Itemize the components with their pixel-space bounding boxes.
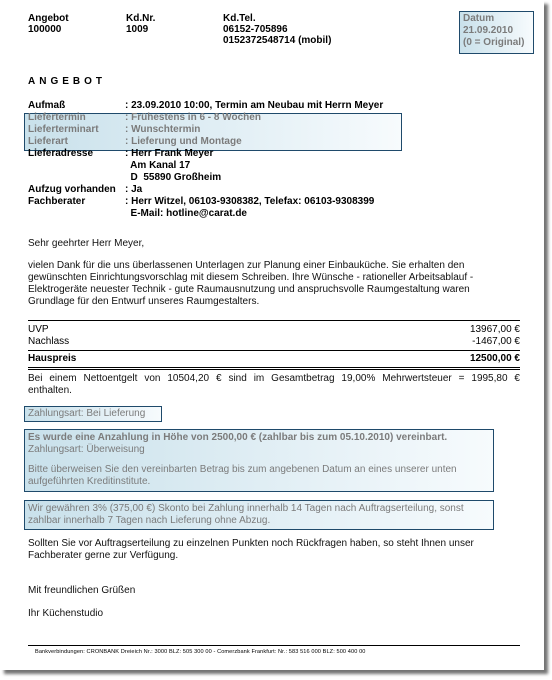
info-row: Lieferart: Lieferung und Montage bbox=[28, 136, 428, 148]
info-value: : Lieferung und Montage bbox=[125, 136, 242, 148]
greeting: Mit freundlichen Grüßen bbox=[28, 585, 135, 597]
closing-line: Sollten Sie vor Auftragserteilung zu ein… bbox=[28, 538, 474, 550]
offer-document-page: Angebot 100000 Kd.Nr. 1009 Kd.Tel. 06152… bbox=[0, 0, 544, 670]
info-row: Aufzug vorhanden: Ja bbox=[28, 184, 428, 196]
intro-paragraph: vielen Dank für die uns überlassenen Unt… bbox=[28, 260, 473, 308]
info-row: Lieferterminart: Wunschtermin bbox=[28, 124, 428, 136]
info-value: E-Mail: hotline@carat.de bbox=[125, 208, 247, 220]
intro-line: Grundlage für den Entwurf unseres Raumge… bbox=[28, 296, 473, 308]
info-value: : Wunschtermin bbox=[125, 124, 200, 136]
hauspreis-value: 12500,00 € bbox=[470, 353, 520, 365]
header-kdtel: Kd.Tel. 06152-705896 0152372548714 (mobi… bbox=[223, 13, 331, 46]
tax-note: Bei einem Nettoentgelt von 10504,20 € si… bbox=[28, 373, 520, 397]
footer-rule bbox=[28, 645, 520, 646]
header-kdnr-value: 1009 bbox=[126, 24, 155, 35]
info-label: Aufzug vorhanden bbox=[28, 184, 116, 196]
header-angebot-label: Angebot bbox=[28, 13, 69, 24]
info-label: Fachberater bbox=[28, 196, 85, 208]
info-value: D 55890 Großheim bbox=[125, 172, 221, 184]
intro-line: Elektrogeräte neuester Technik - gute Ra… bbox=[28, 284, 473, 296]
signature: Ihr Küchenstudio bbox=[28, 608, 103, 620]
salutation: Sehr geehrter Herr Meyer, bbox=[28, 238, 144, 250]
transfer-line: Bitte überweisen Sie den vereinbarten Be… bbox=[28, 464, 490, 476]
info-label: Lieferterminart bbox=[28, 124, 99, 136]
price-double-rule-2 bbox=[28, 369, 520, 370]
info-value: : Herr Frank Meyer bbox=[125, 148, 213, 160]
info-row: E-Mail: hotline@carat.de bbox=[28, 208, 428, 220]
info-value: : Ja bbox=[125, 184, 142, 196]
info-value: : Herr Witzel, 06103-9308382, Telefax: 0… bbox=[125, 196, 374, 208]
datum-label: Datum bbox=[463, 13, 530, 25]
tax-line: enthalten. bbox=[28, 385, 520, 397]
price-mid-rule bbox=[28, 350, 520, 351]
nachlass-label: Nachlass bbox=[28, 336, 69, 347]
price-double-rule-1 bbox=[28, 367, 520, 368]
info-value: : Frühestens in 6 - 8 Wochen bbox=[125, 112, 261, 124]
hauspreis-label: Hauspreis bbox=[28, 353, 76, 364]
price-row-hauspreis: Hauspreis 12500,00 € bbox=[28, 353, 520, 365]
info-label: Aufmaß bbox=[28, 100, 65, 112]
info-row: Lieferadresse: Herr Frank Meyer bbox=[28, 148, 428, 160]
zahlungsart-ueberweisung: Zahlungsart: Überweisung bbox=[28, 444, 490, 456]
anzahlung-text: Es wurde eine Anzahlung in Höhe von 2500… bbox=[28, 432, 490, 444]
zahlungsart-box: Zahlungsart: Bei Lieferung bbox=[24, 406, 162, 422]
info-label: Lieferadresse bbox=[28, 148, 93, 160]
info-label: Liefertermin bbox=[28, 112, 86, 124]
intro-line: vielen Dank für die uns überlassenen Unt… bbox=[28, 260, 473, 272]
header-kdnr-label: Kd.Nr. bbox=[126, 13, 155, 24]
zahlungsart-text: Zahlungsart: Bei Lieferung bbox=[28, 408, 145, 419]
price-row-nachlass: Nachlass -1467,00 € bbox=[28, 336, 520, 348]
header-kdtel-phone: 06152-705896 bbox=[223, 24, 331, 35]
datum-date: 21.09.2010 bbox=[463, 25, 530, 37]
price-top-rule bbox=[28, 320, 520, 321]
transfer-line: aufgeführten Kreditinstitute. bbox=[28, 476, 490, 488]
skonto-line: Wir gewähren 3% (375,00 €) Skonto bei Za… bbox=[28, 503, 490, 515]
anzahlung-box: Es wurde eine Anzahlung in Höhe von 2500… bbox=[24, 429, 494, 492]
closing-line: Fachberater gerne zur Verfügung. bbox=[28, 550, 474, 562]
closing-paragraph: Sollten Sie vor Auftragserteilung zu ein… bbox=[28, 538, 474, 562]
nachlass-value: -1467,00 € bbox=[472, 336, 520, 348]
price-row-uvp: UVP 13967,00 € bbox=[28, 324, 520, 336]
uvp-label: UVP bbox=[28, 324, 49, 335]
uvp-value: 13967,00 € bbox=[470, 324, 520, 336]
info-row: Liefertermin: Frühestens in 6 - 8 Wochen bbox=[28, 112, 428, 124]
header-angebot: Angebot 100000 bbox=[28, 13, 69, 35]
info-row: Aufmaß: 23.09.2010 10:00, Termin am Neub… bbox=[28, 100, 428, 112]
skonto-line: zahlbar innerhalb 7 Tagen nach Lieferung… bbox=[28, 515, 490, 527]
info-section: Aufmaß: 23.09.2010 10:00, Termin am Neub… bbox=[28, 100, 428, 230]
datum-box: Datum 21.09.2010 (0 = Original) bbox=[459, 11, 534, 54]
header-kdnr: Kd.Nr. 1009 bbox=[126, 13, 155, 35]
skonto-box: Wir gewähren 3% (375,00 €) Skonto bei Za… bbox=[24, 500, 494, 530]
tax-line: Bei einem Nettoentgelt von 10504,20 € si… bbox=[28, 373, 520, 385]
header-kdtel-label: Kd.Tel. bbox=[223, 13, 331, 24]
info-label: Lieferart bbox=[28, 136, 68, 148]
info-row: D 55890 Großheim bbox=[28, 172, 428, 184]
header-angebot-number: 100000 bbox=[28, 24, 69, 35]
info-value: Am Kanal 17 bbox=[125, 160, 190, 172]
document-title: ANGEBOT bbox=[28, 76, 106, 87]
info-value: : 23.09.2010 10:00, Termin am Neubau mit… bbox=[125, 100, 383, 112]
header-kdtel-mobile: 0152372548714 (mobil) bbox=[223, 35, 331, 46]
info-row: Fachberater: Herr Witzel, 06103-9308382,… bbox=[28, 196, 428, 208]
datum-note: (0 = Original) bbox=[463, 37, 530, 49]
intro-line: gewünschten Einrichtungsvorschlag mit di… bbox=[28, 272, 473, 284]
info-row: Am Kanal 17 bbox=[28, 160, 428, 172]
bank-details-footer: Bankverbindungen: CRONBANK Dreieich Nr.:… bbox=[35, 649, 366, 655]
